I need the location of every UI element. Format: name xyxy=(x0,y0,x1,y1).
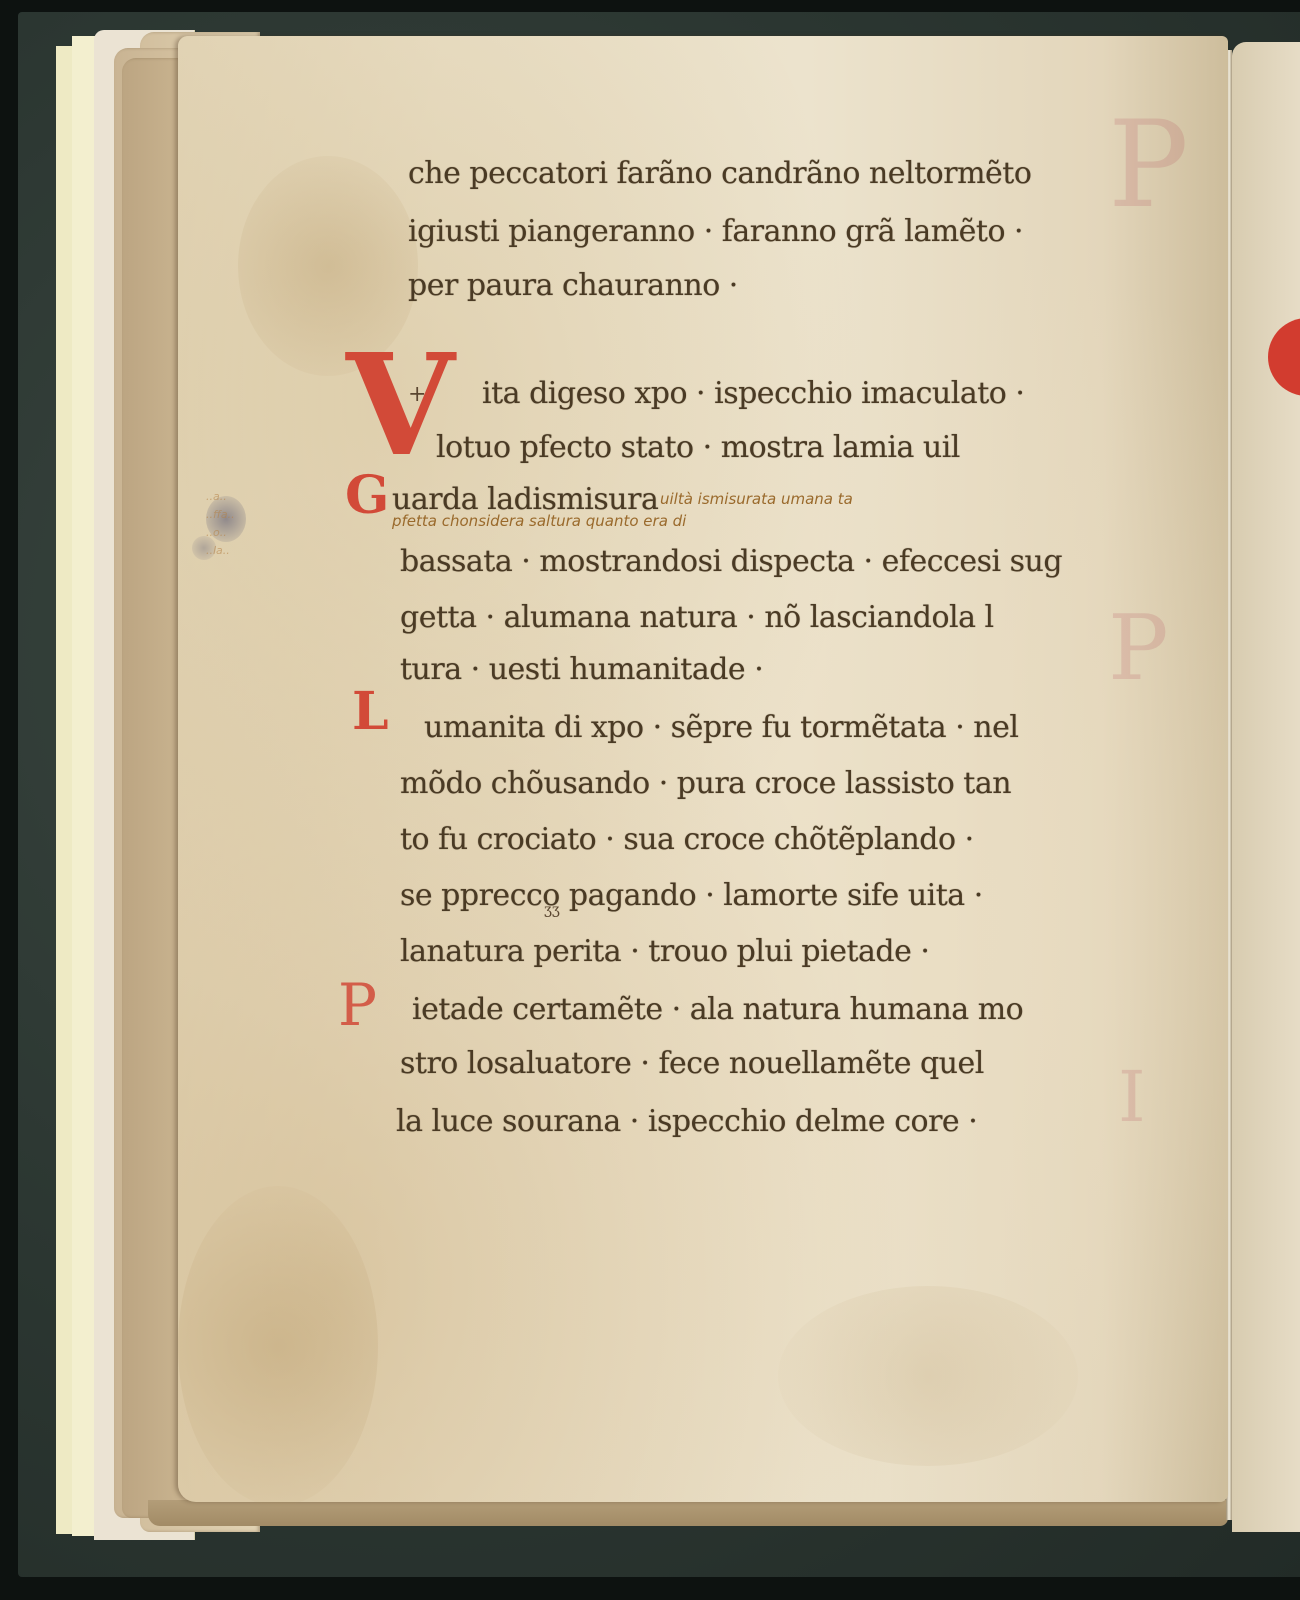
interlinear-gloss: uiltà ismisurata umana ta xyxy=(660,490,853,508)
text-line: mõdo chõusando · pura croce lassisto tan xyxy=(400,766,1011,801)
text-line: to fu crociato · sua croce chõtẽplando · xyxy=(400,822,974,857)
cross-mark: + xyxy=(408,382,426,407)
show-through-initial: I xyxy=(1118,1056,1146,1138)
margin-note: ..a.. ..ffa.. ..o.. ..la.. xyxy=(206,488,235,560)
initial-p: P xyxy=(338,976,377,1034)
text-line: per paura chauranno · xyxy=(408,268,738,303)
text-line: bassata · mostrandosi dispecta · efecces… xyxy=(400,544,1062,579)
facing-page xyxy=(1232,42,1300,1532)
margin-note-line: ..a.. xyxy=(206,488,235,506)
text-line: la luce sourana · ispecchio delme core · xyxy=(396,1104,977,1139)
margin-note-line: ..ffa.. xyxy=(206,506,235,524)
initial-l: L xyxy=(352,686,389,738)
water-stain xyxy=(778,1286,1078,1466)
text-line: ita digeso xpo · ispecchio imaculato · xyxy=(482,376,1024,411)
margin-note-line: ..la.. xyxy=(206,542,235,560)
page-bottom-edge xyxy=(148,1500,1228,1526)
text-line: che peccatori farãno candrãno neltormẽto xyxy=(408,156,1031,191)
text-line: tura · uesti humanitade · xyxy=(400,652,763,687)
text-line: umanita di xpo · sẽpre fu tormẽtata · ne… xyxy=(424,710,1018,745)
text-line: lanatura perita · trouo plui pietade · xyxy=(400,934,929,969)
margin-note-line: ..o.. xyxy=(206,524,235,542)
water-stain xyxy=(178,1186,378,1506)
initial-g: G xyxy=(345,470,389,522)
text-line: stro losaluatore · fece nouellamẽte quel xyxy=(400,1046,984,1081)
interlinear-gloss: pfetta chonsidera saltura quanto era di xyxy=(392,512,686,530)
text-line: se pprecco pagando · lamorte sife uita · xyxy=(400,878,983,913)
text-line: getta · alumana natura · nõ lasciandola … xyxy=(400,600,994,635)
text-line: igiusti piangeranno · faranno grã lamẽto… xyxy=(408,214,1023,249)
under-mark: ʒʒ xyxy=(544,902,560,918)
text-line: lotuo pfecto stato · mostra lamia uil xyxy=(436,430,960,465)
text-line: ietade certamẽte · ala natura humana mo xyxy=(412,992,1023,1027)
show-through-initial: P xyxy=(1108,596,1169,701)
show-through-initial: P xyxy=(1108,96,1189,235)
